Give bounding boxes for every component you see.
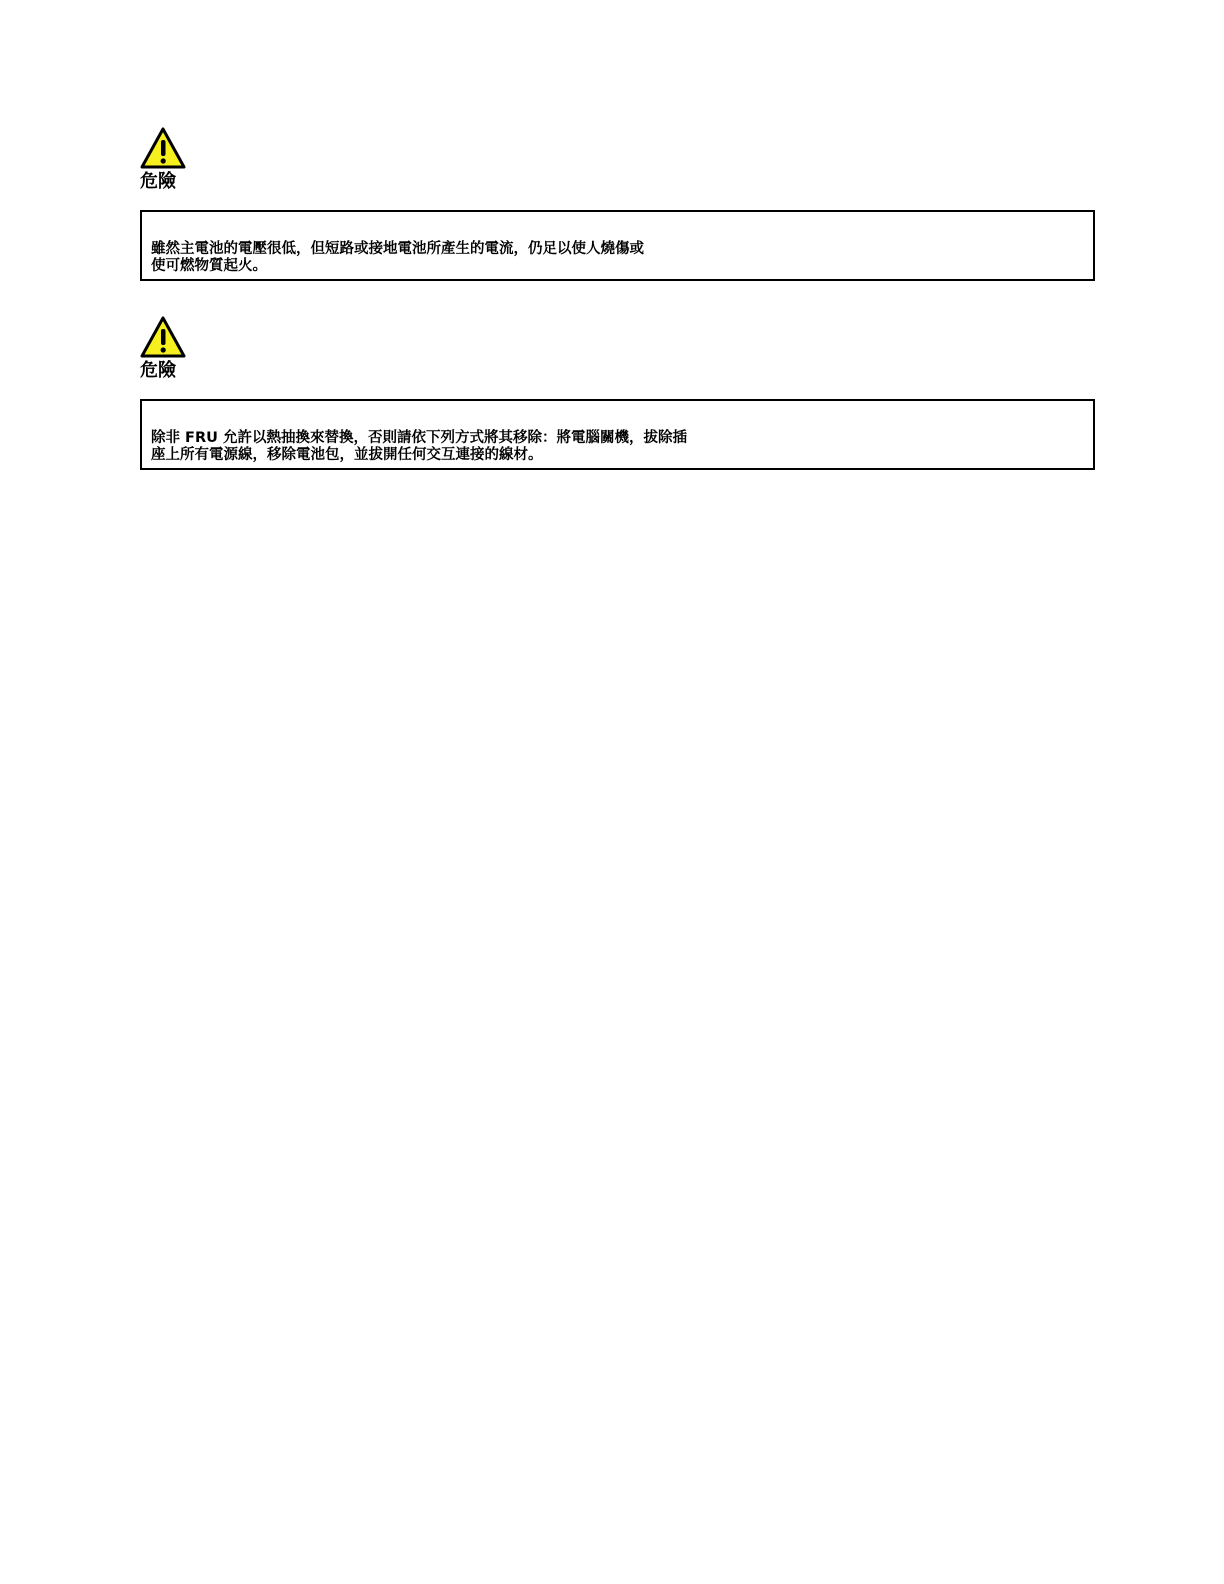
warning-triangle-icon (140, 316, 186, 358)
danger-message-box: 雖然主電池的電壓很低，但短路或接地電池所產生的電流，仍足以使人燒傷或 使可燃物質… (140, 210, 1095, 281)
danger-message-line: 使可燃物質起火。 (151, 258, 644, 275)
danger-message-line: 雖然主電池的電壓很低，但短路或接地電池所產生的電流，仍足以使人燒傷或 (151, 241, 644, 258)
danger-label: 危險 (140, 360, 1095, 382)
danger-label: 危險 (140, 171, 1095, 193)
danger-message-box: 除非 FRU 允許以熱抽換來替換，否則請依下列方式將其移除：將電腦關機，拔除插 … (140, 399, 1095, 470)
danger-notice-fru-removal: 危險 除非 FRU 允許以熱抽換來替換，否則請依下列方式將其移除：將電腦關機，拔… (140, 316, 1095, 470)
danger-notice-battery-current: 危險 雖然主電池的電壓很低，但短路或接地電池所產生的電流，仍足以使人燒傷或 使可… (140, 127, 1095, 281)
danger-message-line: 座上所有電源線，移除電池包，並拔開任何交互連接的線材。 (151, 447, 687, 464)
warning-triangle-icon (140, 127, 186, 169)
danger-message-line: 除非 FRU 允許以熱抽換來替換，否則請依下列方式將其移除：將電腦關機，拔除插 (151, 430, 687, 447)
danger-message: 雖然主電池的電壓很低，但短路或接地電池所產生的電流，仍足以使人燒傷或 使可燃物質… (151, 241, 644, 275)
danger-message: 除非 FRU 允許以熱抽換來替換，否則請依下列方式將其移除：將電腦關機，拔除插 … (151, 430, 687, 464)
